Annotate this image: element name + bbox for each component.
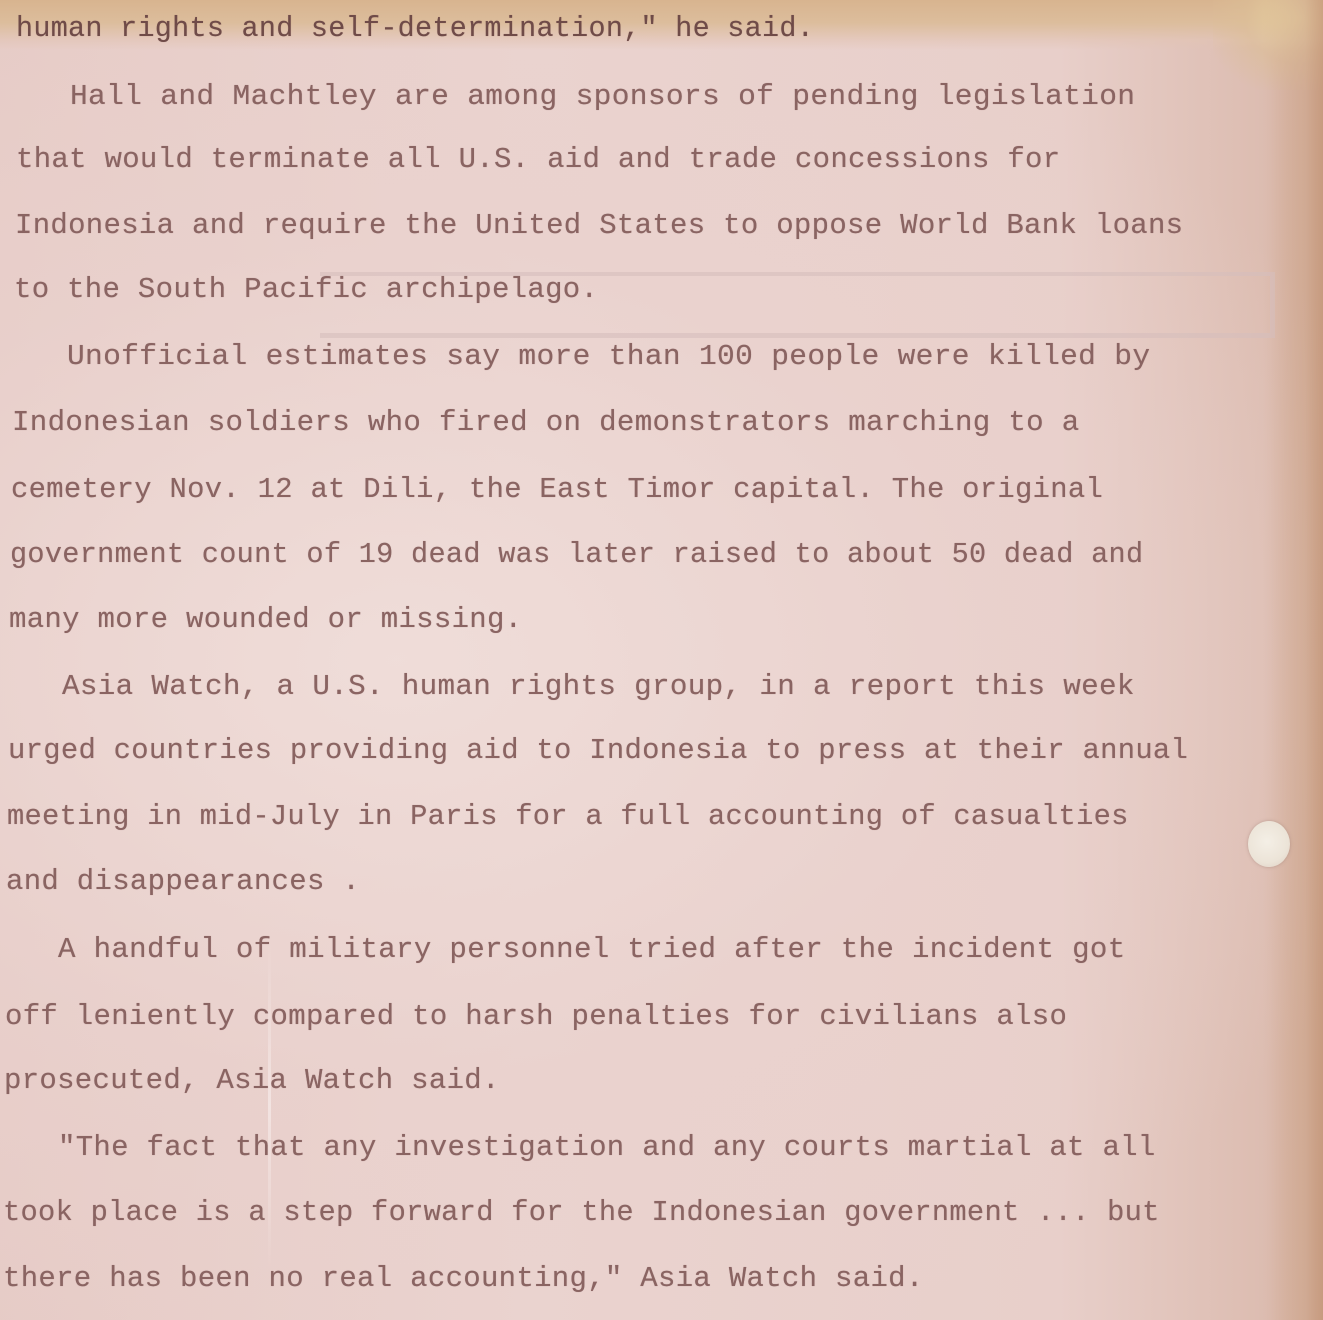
punch-hole-icon — [1248, 821, 1290, 867]
text-line: "The fact that any investigation and any… — [58, 1133, 1156, 1162]
text-line: urged countries providing aid to Indones… — [8, 736, 1188, 765]
text-line: Indonesian soldiers who fired on demonst… — [12, 408, 1079, 437]
text-line: cemetery Nov. 12 at Dili, the East Timor… — [11, 475, 1103, 504]
paper-background — [0, 0, 1323, 1320]
text-line: off leniently compared to harsh penaltie… — [5, 1002, 1067, 1031]
text-line: that would terminate all U.S. aid and tr… — [16, 145, 1060, 174]
text-line: many more wounded or missing. — [9, 605, 522, 634]
text-line: to the South Pacific archipelago. — [14, 275, 598, 304]
text-line: took place is a step forward for the Ind… — [3, 1198, 1160, 1227]
text-line: meeting in mid-July in Paris for a full … — [7, 802, 1129, 831]
text-line: there has been no real accounting," Asia… — [3, 1264, 924, 1293]
text-line: Indonesia and require the United States … — [15, 211, 1183, 240]
text-line: and disappearances . — [6, 867, 360, 896]
text-line: prosecuted, Asia Watch said. — [4, 1066, 500, 1095]
text-line: Unofficial estimates say more than 100 p… — [67, 342, 1150, 371]
text-line: Asia Watch, a U.S. human rights group, i… — [62, 672, 1135, 701]
text-line: government count of 19 dead was later ra… — [10, 540, 1143, 569]
right-edge-shadow — [1263, 0, 1323, 1320]
text-line: human rights and self-determination," he… — [16, 14, 814, 43]
text-line: A handful of military personnel tried af… — [58, 935, 1125, 964]
text-line: Hall and Machtley are among sponsors of … — [70, 82, 1135, 111]
